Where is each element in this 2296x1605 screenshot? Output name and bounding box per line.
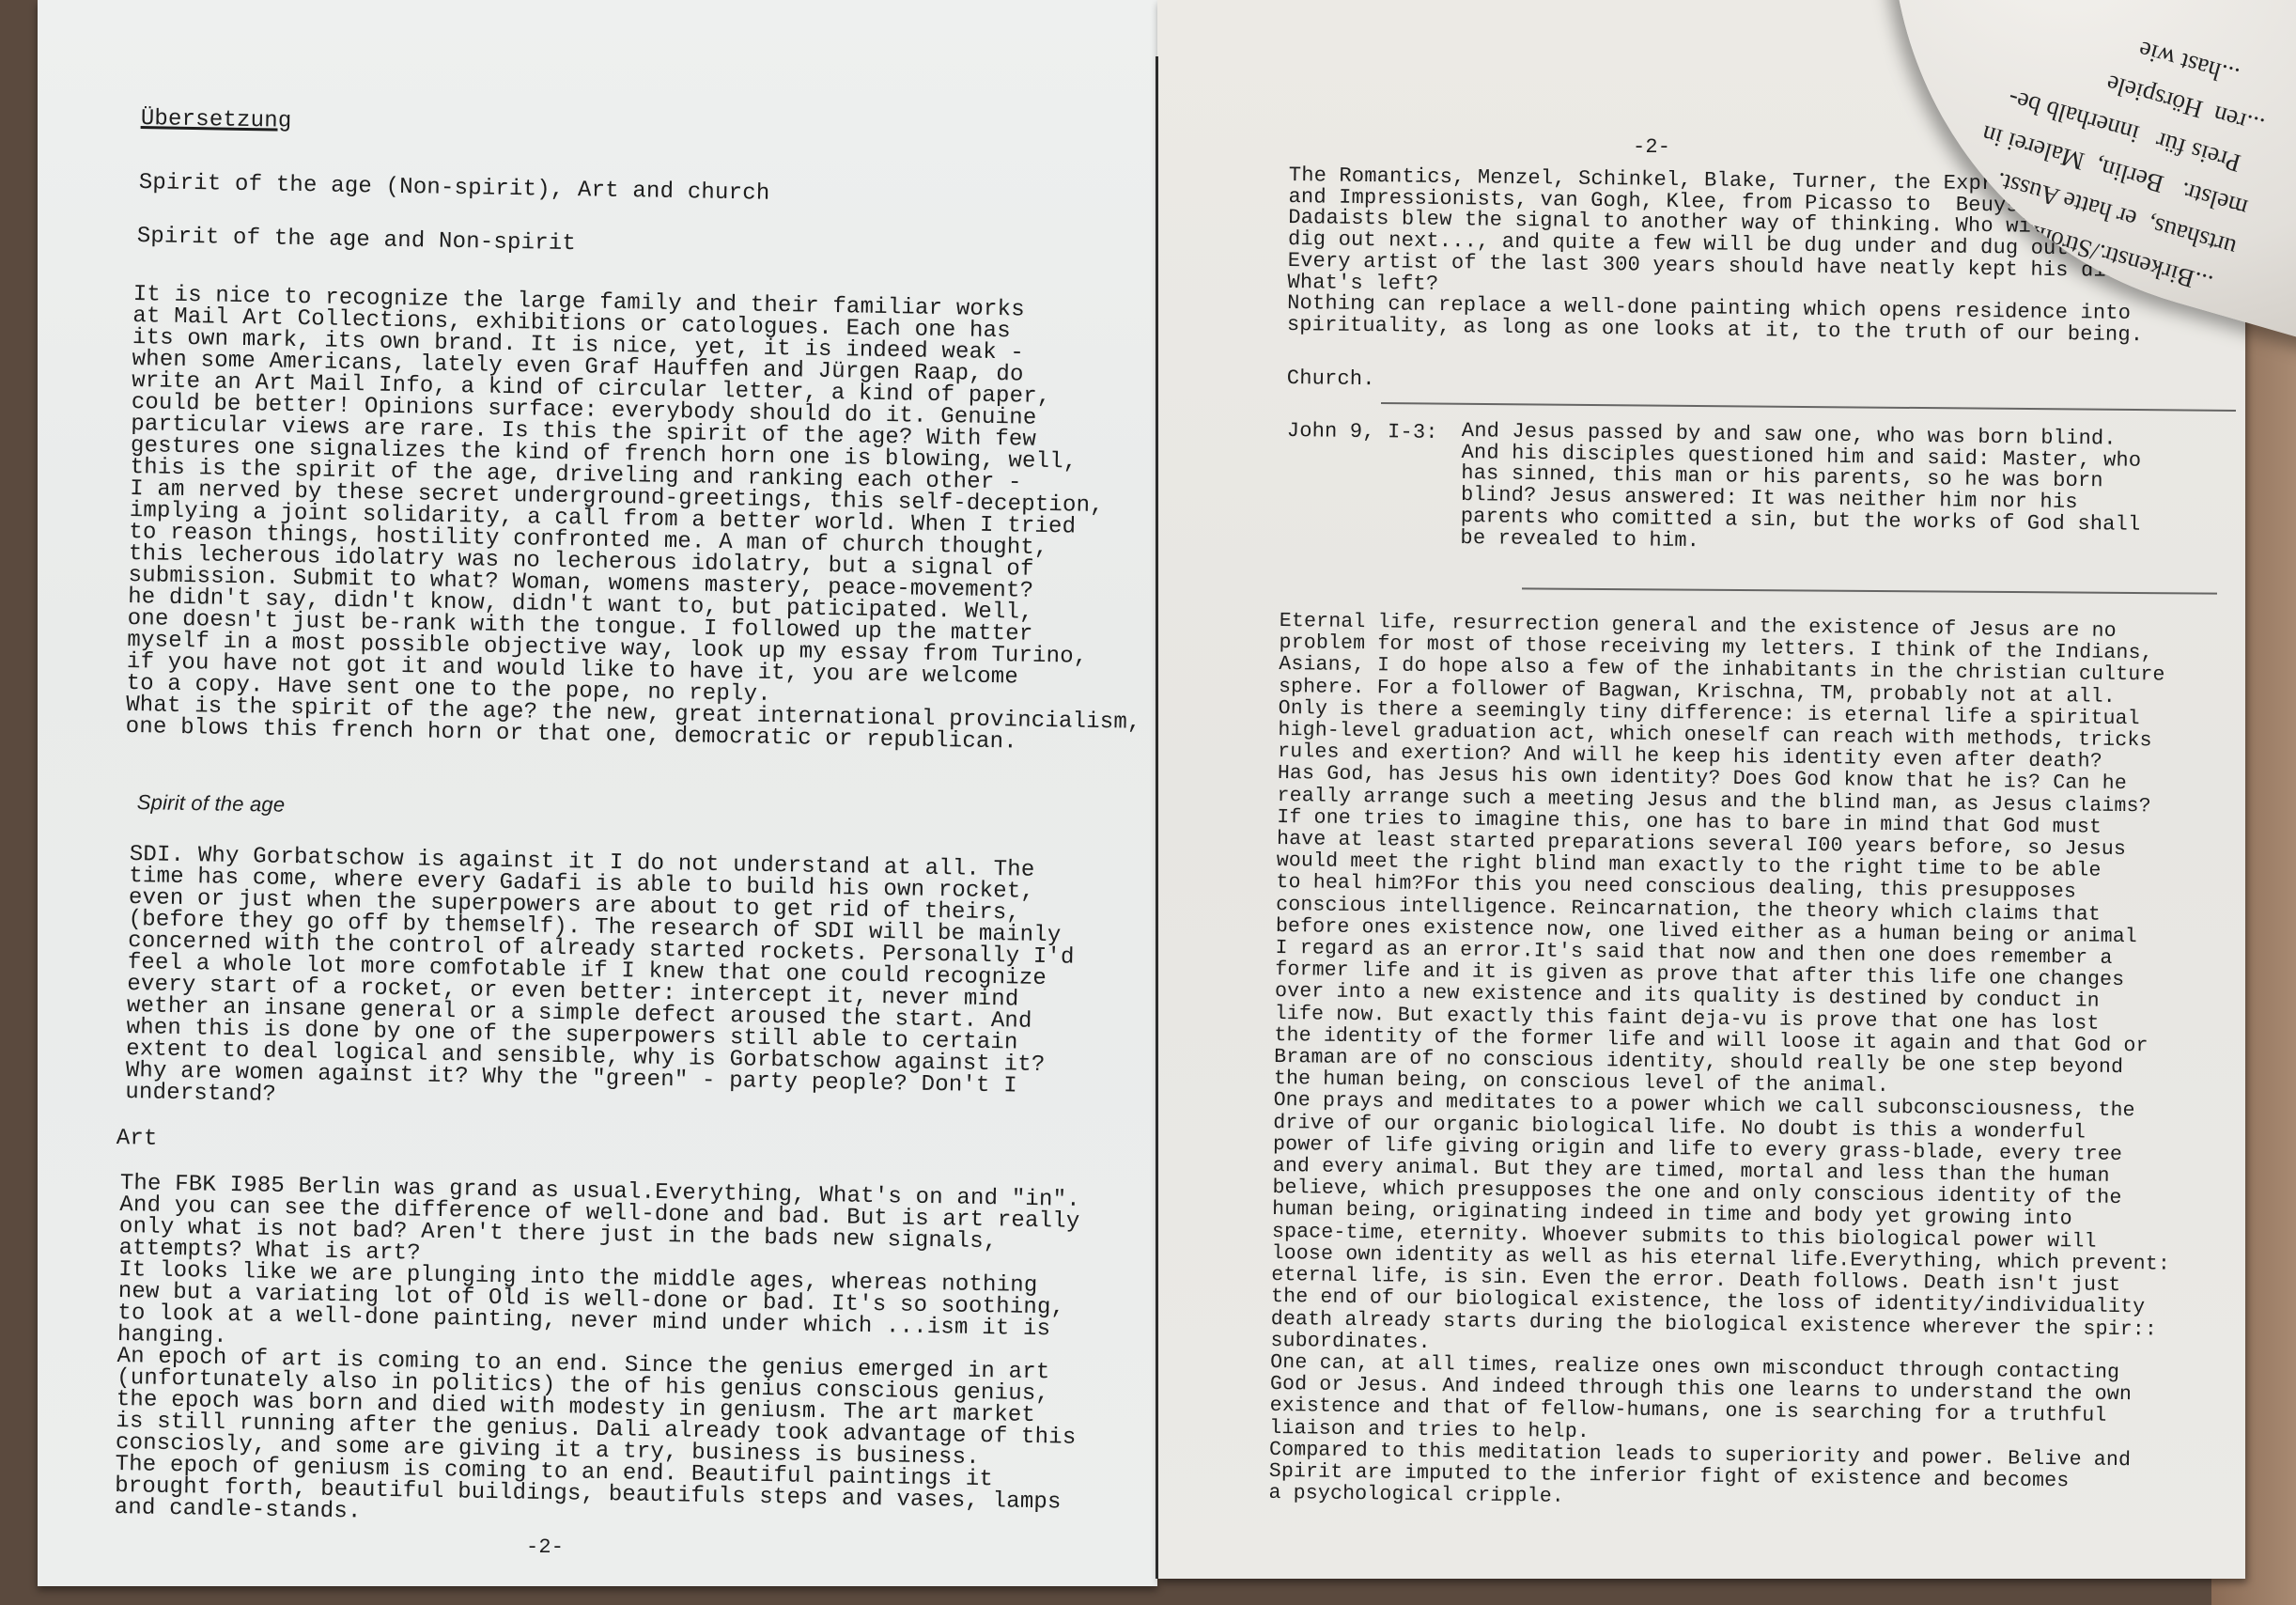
- page-divider: [1156, 56, 1158, 1579]
- art-paragraph: The FBK I985 Berlin was grand as usual.E…: [115, 1173, 1080, 1535]
- section-heading-spirit: Spirit of the age: [137, 791, 286, 816]
- bible-quote: And Jesus passed by and saw one, who was…: [1460, 421, 2141, 557]
- intro-paragraph: It is nice to recognize the large family…: [126, 284, 1149, 756]
- section-heading-art: Art: [116, 1128, 158, 1150]
- eternal-life-paragraph: Eternal life, resurrection general and t…: [1268, 611, 2178, 1516]
- page-number-left: -2-: [526, 1537, 564, 1558]
- bible-reference: John 9, I-3:: [1287, 421, 1438, 444]
- section-heading-church: Church.: [1287, 368, 1375, 391]
- page-number-right: -2-: [1633, 137, 1670, 158]
- sdi-paragraph: SDI. Why Gorbatschow is against it I do …: [125, 844, 1076, 1120]
- page-title: Übersetzung: [141, 108, 292, 132]
